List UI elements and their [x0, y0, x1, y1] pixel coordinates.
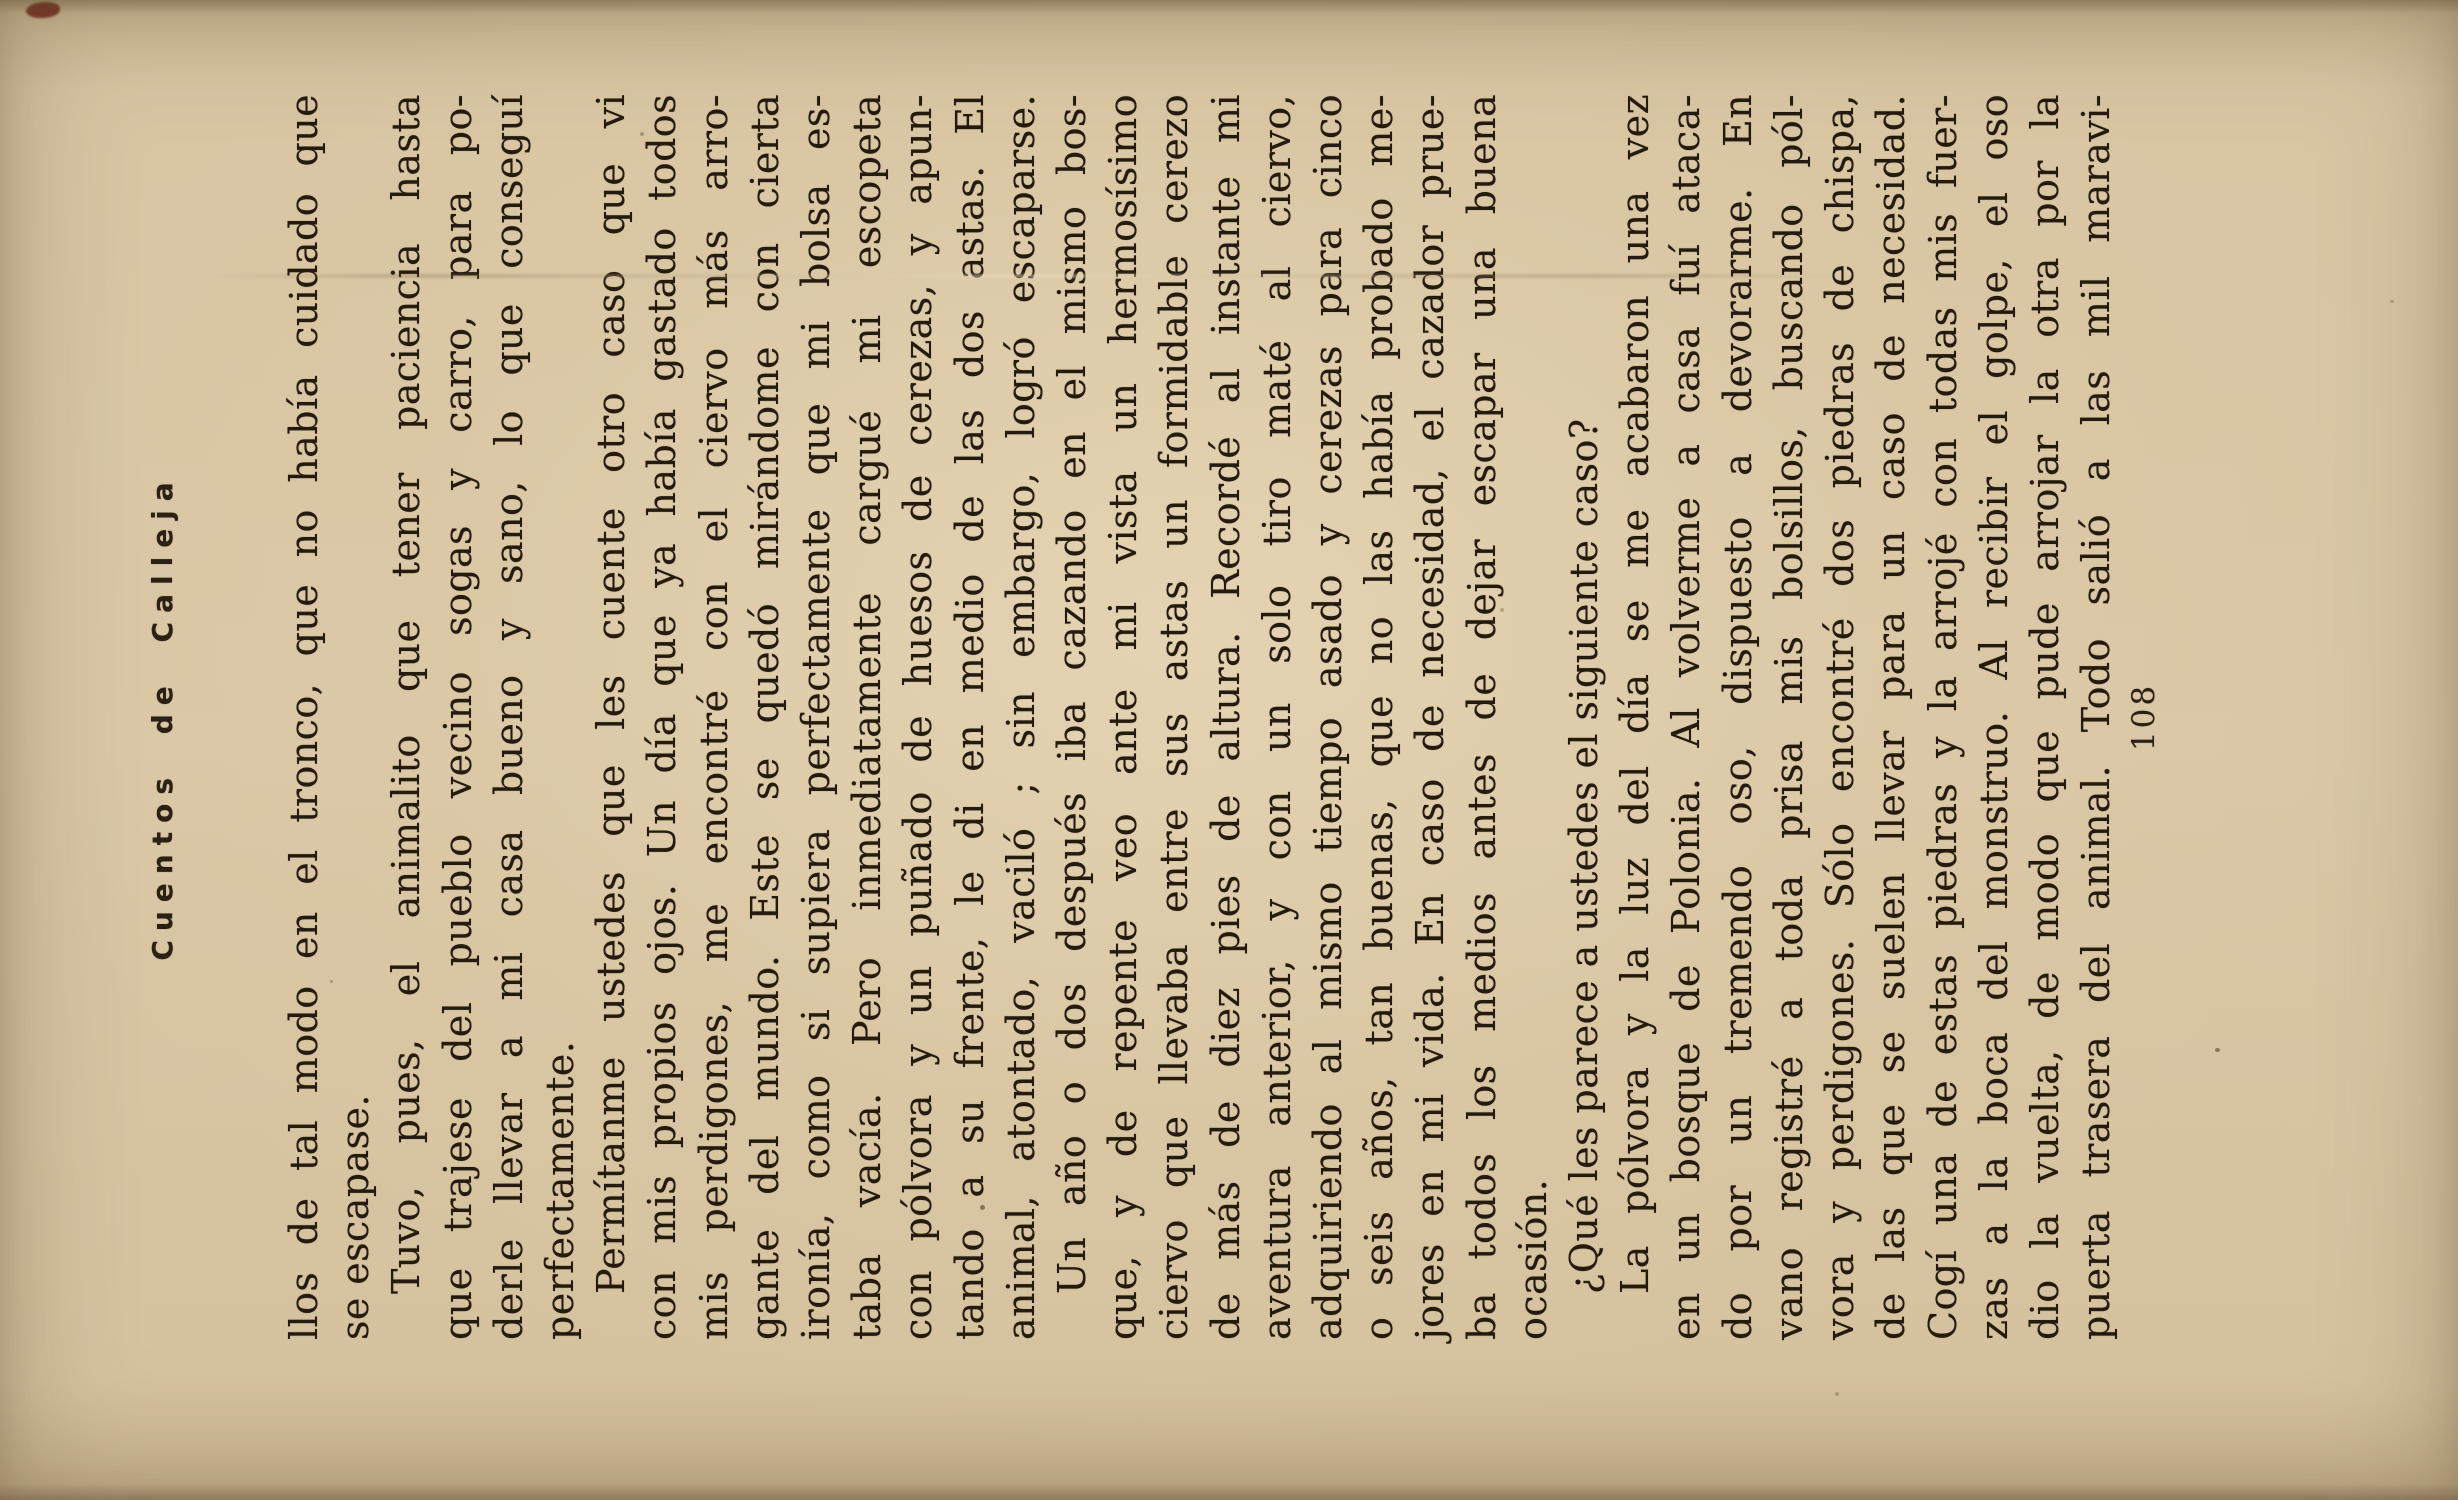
text-line: vora y perdigones. Sólo encontré dos pie… — [1815, 94, 1866, 1340]
text-line: aventura anterior, y con un solo tiro ma… — [1252, 94, 1303, 1340]
text-line: llos de tal modo en el tronco, que no ha… — [279, 94, 330, 1340]
text-line: jores en mi vida. En caso de necesidad, … — [1405, 94, 1456, 1340]
text-line: perfectamente. — [535, 94, 586, 1340]
text-line: ¿Qué les parece a ustedes el siguiente c… — [1559, 94, 1610, 1340]
text-line: tando a su frente, le di en medio de las… — [945, 94, 996, 1340]
text-line: Un año o dos después iba cazando en el m… — [1047, 94, 1098, 1340]
text-line: con pólvora y un puñado de huesos de cer… — [893, 94, 944, 1340]
text-line: se escapase. — [330, 94, 381, 1340]
running-header: Cuentos de Calleja — [146, 94, 180, 1340]
page-number: 108 — [2126, 94, 2162, 1340]
text-line: derle llevar a mi casa bueno y sano, lo … — [484, 94, 535, 1340]
text-line: vano registré a toda prisa mis bolsillos… — [1764, 94, 1815, 1340]
text-block: llos de tal modo en el tronco, que no ha… — [279, 94, 2122, 1340]
text-line: de más de diez pies de altura. Recordé a… — [1201, 94, 1252, 1340]
text-line: taba vacía. Pero inmediatamente cargué m… — [842, 94, 893, 1340]
text-line: que, y de repente veo ante mi vista un h… — [1098, 94, 1149, 1340]
text-line: con mis propios ojos. Un día que ya habí… — [637, 94, 688, 1340]
text-line: Cogí una de estas piedras y la arrojé co… — [1918, 94, 1969, 1340]
text-line: do por un tremendo oso, dispuesto a devo… — [1713, 94, 1764, 1340]
text-line: Permítanme ustedes que les cuente otro c… — [586, 94, 637, 1340]
book-page-rotated: Cuentos de Calleja llos de tal modo en e… — [0, 0, 2458, 1500]
text-line: zas a la boca del monstruo. Al recibir e… — [1969, 94, 2020, 1340]
text-line: animal, atontado, vaciló ; sin embargo, … — [996, 94, 1047, 1340]
text-line: mis perdigones, me encontré con el cierv… — [689, 94, 740, 1340]
text-line: ba todos los medios antes de dejar escap… — [1457, 94, 1508, 1340]
text-line: puerta trasera del animal. Todo salió a … — [2071, 94, 2122, 1340]
text-line: o seis años, tan buenas, que no las habí… — [1354, 94, 1405, 1340]
text-line: de las que se suelen llevar para un caso… — [1866, 94, 1917, 1340]
text-line: adquiriendo al mismo tiempo asado y cere… — [1303, 94, 1354, 1340]
text-line: Tuvo, pues, el animalito que tener pacie… — [381, 94, 432, 1340]
scanned-book-page: Cuentos de Calleja llos de tal modo en e… — [0, 0, 2458, 1500]
text-line: ironía, como si supiera perfectamente qu… — [791, 94, 842, 1340]
text-line: dio la vuelta, de modo que pude arrojar … — [2020, 94, 2071, 1340]
text-line: gante del mundo. Este se quedó mirándome… — [740, 94, 791, 1340]
text-line: que trajese del pueblo vecino sogas y ca… — [433, 94, 484, 1340]
text-line: ciervo que llevaba entre sus astas un fo… — [1149, 94, 1200, 1340]
text-line: La pólvora y la luz del día se me acabar… — [1610, 94, 1661, 1340]
text-line: ocasión. — [1508, 94, 1559, 1340]
text-line: en un bosque de Polonia. Al volverme a c… — [1661, 94, 1712, 1340]
